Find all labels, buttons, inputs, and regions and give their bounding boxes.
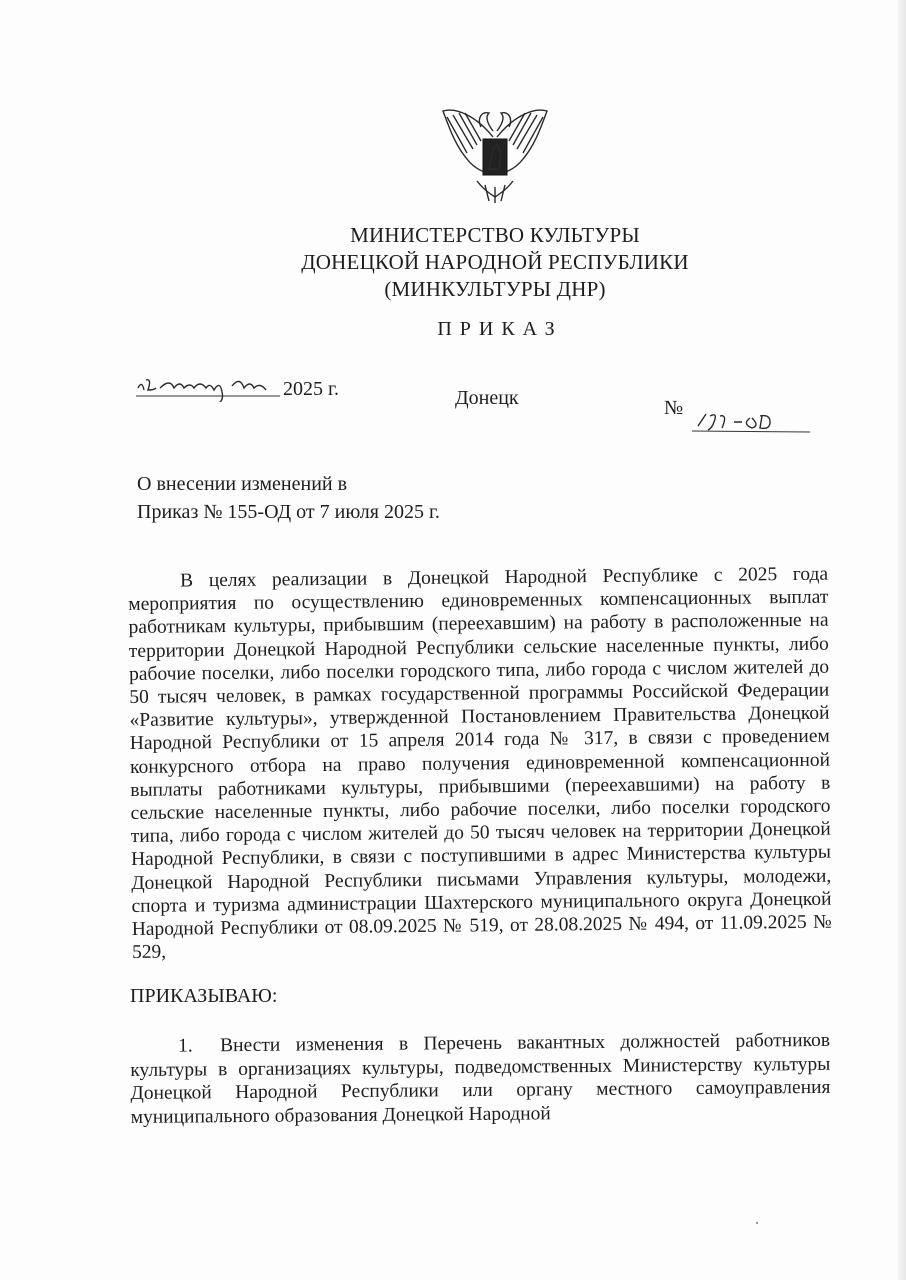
item-text: Внести изменения в Перечень вакантных до… xyxy=(130,1030,830,1128)
order-subject: О внесении изменений в Приказ № 155-ОД о… xyxy=(137,470,440,526)
header-line-2: ДОНЕЦКОЙ НАРОДНОЙ РЕСПУБЛИКИ xyxy=(290,249,700,276)
handwritten-number xyxy=(692,410,812,434)
header-line-1: МИНИСТЕРСТВО КУЛЬТУРЫ xyxy=(290,222,700,249)
coat-of-arms-icon xyxy=(437,97,553,207)
scan-edge xyxy=(898,0,906,1280)
header-line-3: (МИНКУЛЬТУРЫ ДНР) xyxy=(290,276,700,303)
date-year: 2025 г. xyxy=(283,378,339,401)
number-label: № xyxy=(664,397,683,420)
city: Донецк xyxy=(455,387,519,410)
order-title: ПРИКАЗ xyxy=(380,318,620,341)
scan-speck xyxy=(756,1222,758,1224)
item-number: 1. xyxy=(130,1034,220,1058)
preamble: В целях реализации в Донецкой Народной Р… xyxy=(128,563,832,965)
decree-word: ПРИКАЗЫВАЮ: xyxy=(130,985,277,1008)
ministry-header: МИНИСТЕРСТВО КУЛЬТУРЫ ДОНЕЦКОЙ НАРОДНОЙ … xyxy=(290,222,700,303)
document-page: МИНИСТЕРСТВО КУЛЬТУРЫ ДОНЕЦКОЙ НАРОДНОЙ … xyxy=(0,0,906,1280)
handwritten-date: path{fill:none;stroke:#2a2a2a;stroke-wid… xyxy=(134,374,282,402)
subject-line-1: О внесении изменений в xyxy=(137,470,440,498)
order-item-1: 1.Внести изменения в Перечень вакантных … xyxy=(130,1029,831,1129)
preamble-text: В целях реализации в Донецкой Народной Р… xyxy=(128,563,832,965)
subject-line-2: Приказ № 155-ОД от 7 июля 2025 г. xyxy=(137,498,440,526)
